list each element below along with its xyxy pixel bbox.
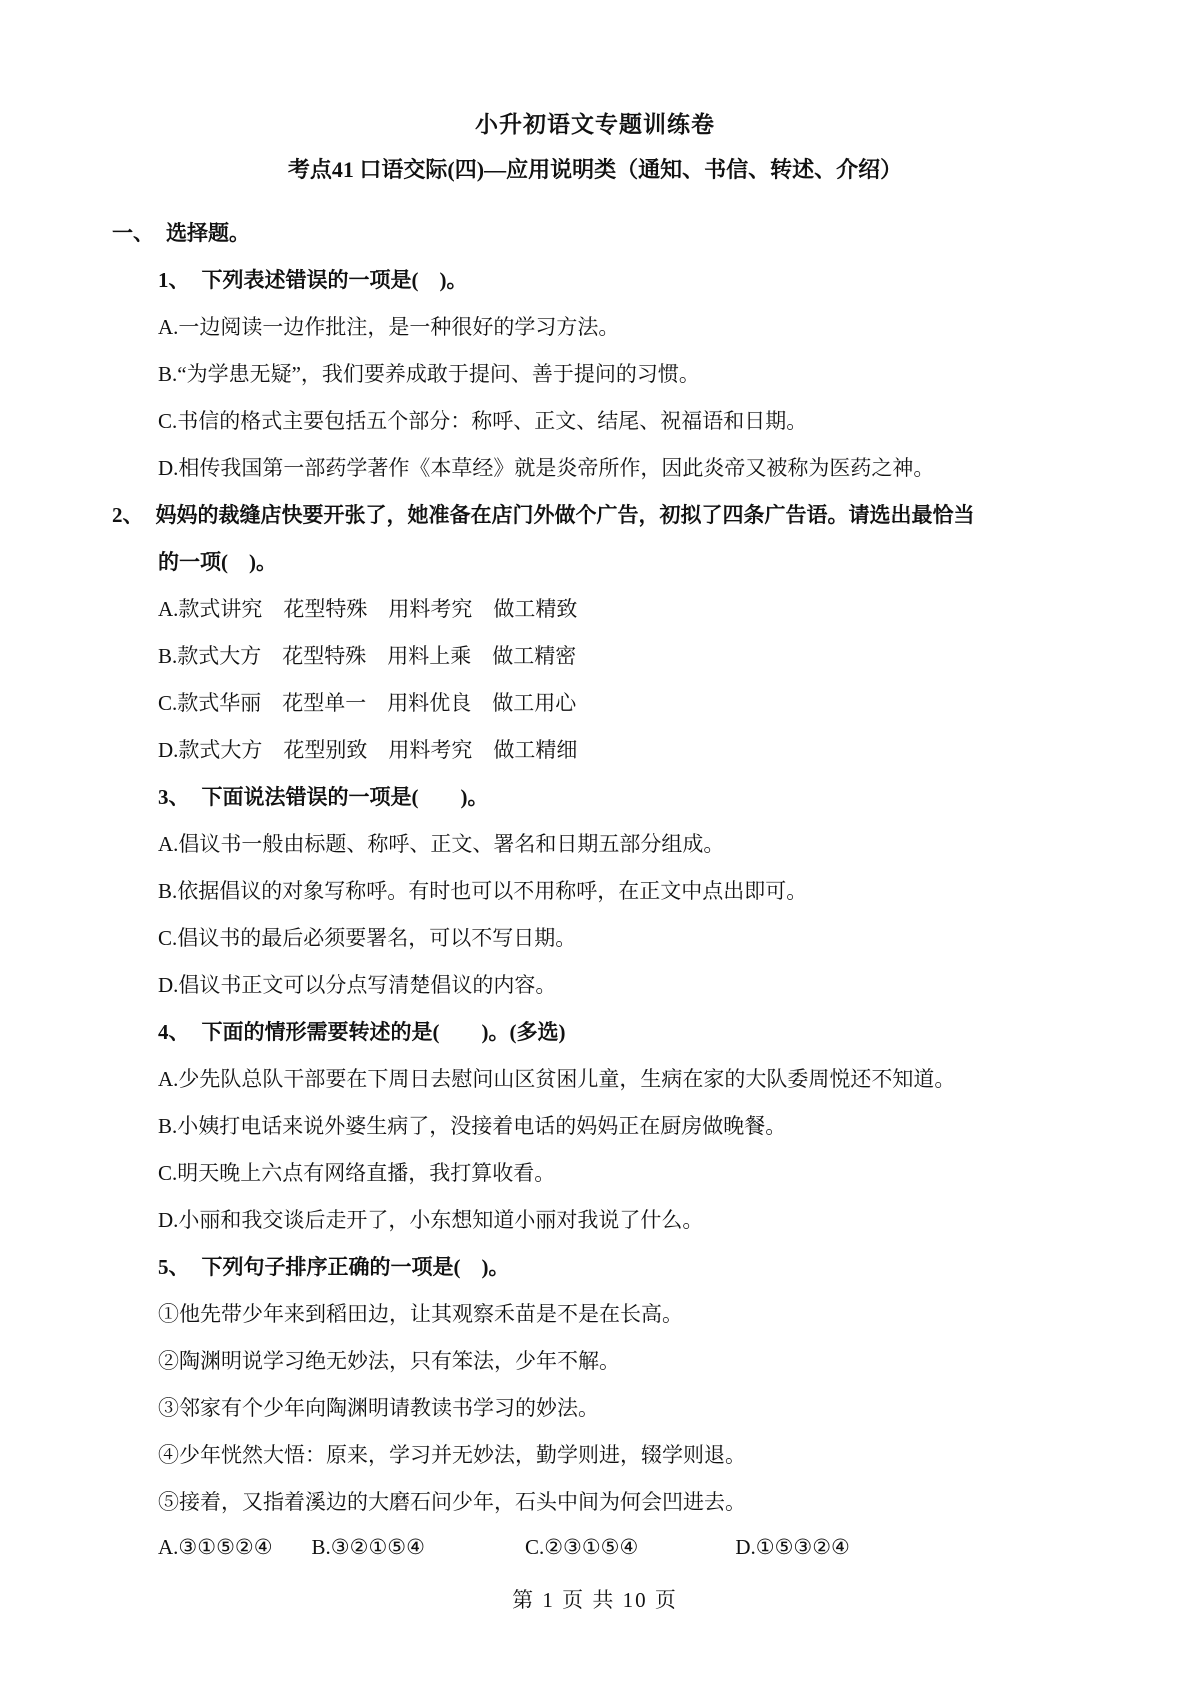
question-3-heading: 3、 下面说法错误的一项是( )。 [0,772,1190,819]
question-4-option-d: D.小丽和我交谈后走开了，小东想知道小丽对我说了什么。 [0,1195,1190,1242]
page-subtitle: 考点41 口语交际(四)—应用说明类（通知、书信、转述、介绍） [0,156,1190,184]
question-1-option-b: B.“为学患无疑”，我们要养成敢于提问、善于提问的习惯。 [0,349,1190,396]
question-5-sentence-3: ③邻家有个少年向陶渊明请教读书学习的妙法。 [0,1383,1190,1430]
question-4-option-b: B.小姨打电话来说外婆生病了，没接着电话的妈妈正在厨房做晚餐。 [0,1101,1190,1148]
question-2-option-a: A.款式讲究 花型特殊 用料考究 做工精致 [0,584,1190,631]
section-number: 一、 [112,217,154,247]
question-5-number: 5、 [158,1251,190,1281]
question-3-stem: 下面说法错误的一项是( )。 [202,781,489,811]
question-4-heading: 4、 下面的情形需要转述的是( )。(多选) [0,1007,1190,1054]
question-4-option-c: C.明天晚上六点有网络直播，我打算收看。 [0,1148,1190,1195]
question-4-option-a: A.少先队总队干部要在下周日去慰问山区贫困儿童，生病在家的大队委周悦还不知道。 [0,1054,1190,1101]
question-5-answer-a: A.③①⑤②④ [158,1535,273,1560]
question-2-option-b: B.款式大方 花型特殊 用料上乘 做工精密 [0,631,1190,678]
question-3-number: 3、 [158,781,190,811]
question-1-stem: 下列表述错误的一项是( )。 [202,264,468,294]
question-2-stem-line1: 妈妈的裁缝店快要开张了，她准备在店门外做个广告，初拟了四条广告语。请选出最恰当 [156,499,975,529]
question-2-stem-line2: 的一项( )。 [0,537,1190,584]
page-title: 小升初语文专题训练卷 [0,110,1190,140]
question-1-option-a: A.一边阅读一边作批注，是一种很好的学习方法。 [0,302,1190,349]
question-5-answer-row: A.③①⑤②④ B.③②①⑤④ C.②③①⑤④ D.①⑤③②④ [0,1524,1190,1571]
question-1-option-d: D.相传我国第一部药学著作《本草经》就是炎帝所作，因此炎帝又被称为医药之神。 [0,443,1190,490]
question-3-option-c: C.倡议书的最后必须要署名，可以不写日期。 [0,913,1190,960]
question-3-option-d: D.倡议书正文可以分点写清楚倡议的内容。 [0,960,1190,1007]
question-5-sentence-4: ④少年恍然大悟：原来，学习并无妙法，勤学则进，辍学则退。 [0,1430,1190,1477]
exam-page: 小升初语文专题训练卷 考点41 口语交际(四)—应用说明类（通知、书信、转述、介… [0,0,1190,1682]
question-2-heading: 2、 妈妈的裁缝店快要开张了，她准备在店门外做个广告，初拟了四条广告语。请选出最… [0,490,1190,537]
section-heading: 一、 选择题。 [0,208,1190,255]
question-5-answer-d: D.①⑤③②④ [735,1535,850,1560]
question-2-number: 2、 [112,499,144,529]
question-4-number: 4、 [158,1016,190,1046]
question-5-stem: 下列句子排序正确的一项是( )。 [202,1251,510,1281]
question-5-sentence-5: ⑤接着，又指着溪边的大磨石问少年，石头中间为何会凹进去。 [0,1477,1190,1524]
question-5-answer-c: C.②③①⑤④ [525,1535,638,1560]
question-1-option-c: C.书信的格式主要包括五个部分：称呼、正文、结尾、祝福语和日期。 [0,396,1190,443]
question-3-option-b: B.依据倡议的对象写称呼。有时也可以不用称呼，在正文中点出即可。 [0,866,1190,913]
question-2-option-c: C.款式华丽 花型单一 用料优良 做工用心 [0,678,1190,725]
question-2-option-d: D.款式大方 花型别致 用料考究 做工精细 [0,725,1190,772]
question-3-option-a: A.倡议书一般由标题、称呼、正文、署名和日期五部分组成。 [0,819,1190,866]
page-footer: 第 1 页 共 10 页 [0,1587,1190,1613]
section-title: 选择题。 [166,217,250,247]
question-5-sentence-1: ①他先带少年来到稻田边，让其观察禾苗是不是在长高。 [0,1289,1190,1336]
exam-body: 一、 选择题。 1、 下列表述错误的一项是( )。 A.一边阅读一边作批注，是一… [0,208,1190,1571]
question-1-number: 1、 [158,264,190,294]
question-5-answer-b: B.③②①⑤④ [312,1535,425,1560]
question-5-heading: 5、 下列句子排序正确的一项是( )。 [0,1242,1190,1289]
question-4-stem: 下面的情形需要转述的是( )。(多选) [202,1016,566,1046]
question-5-sentence-2: ②陶渊明说学习绝无妙法，只有笨法，少年不解。 [0,1336,1190,1383]
question-1-heading: 1、 下列表述错误的一项是( )。 [0,255,1190,302]
